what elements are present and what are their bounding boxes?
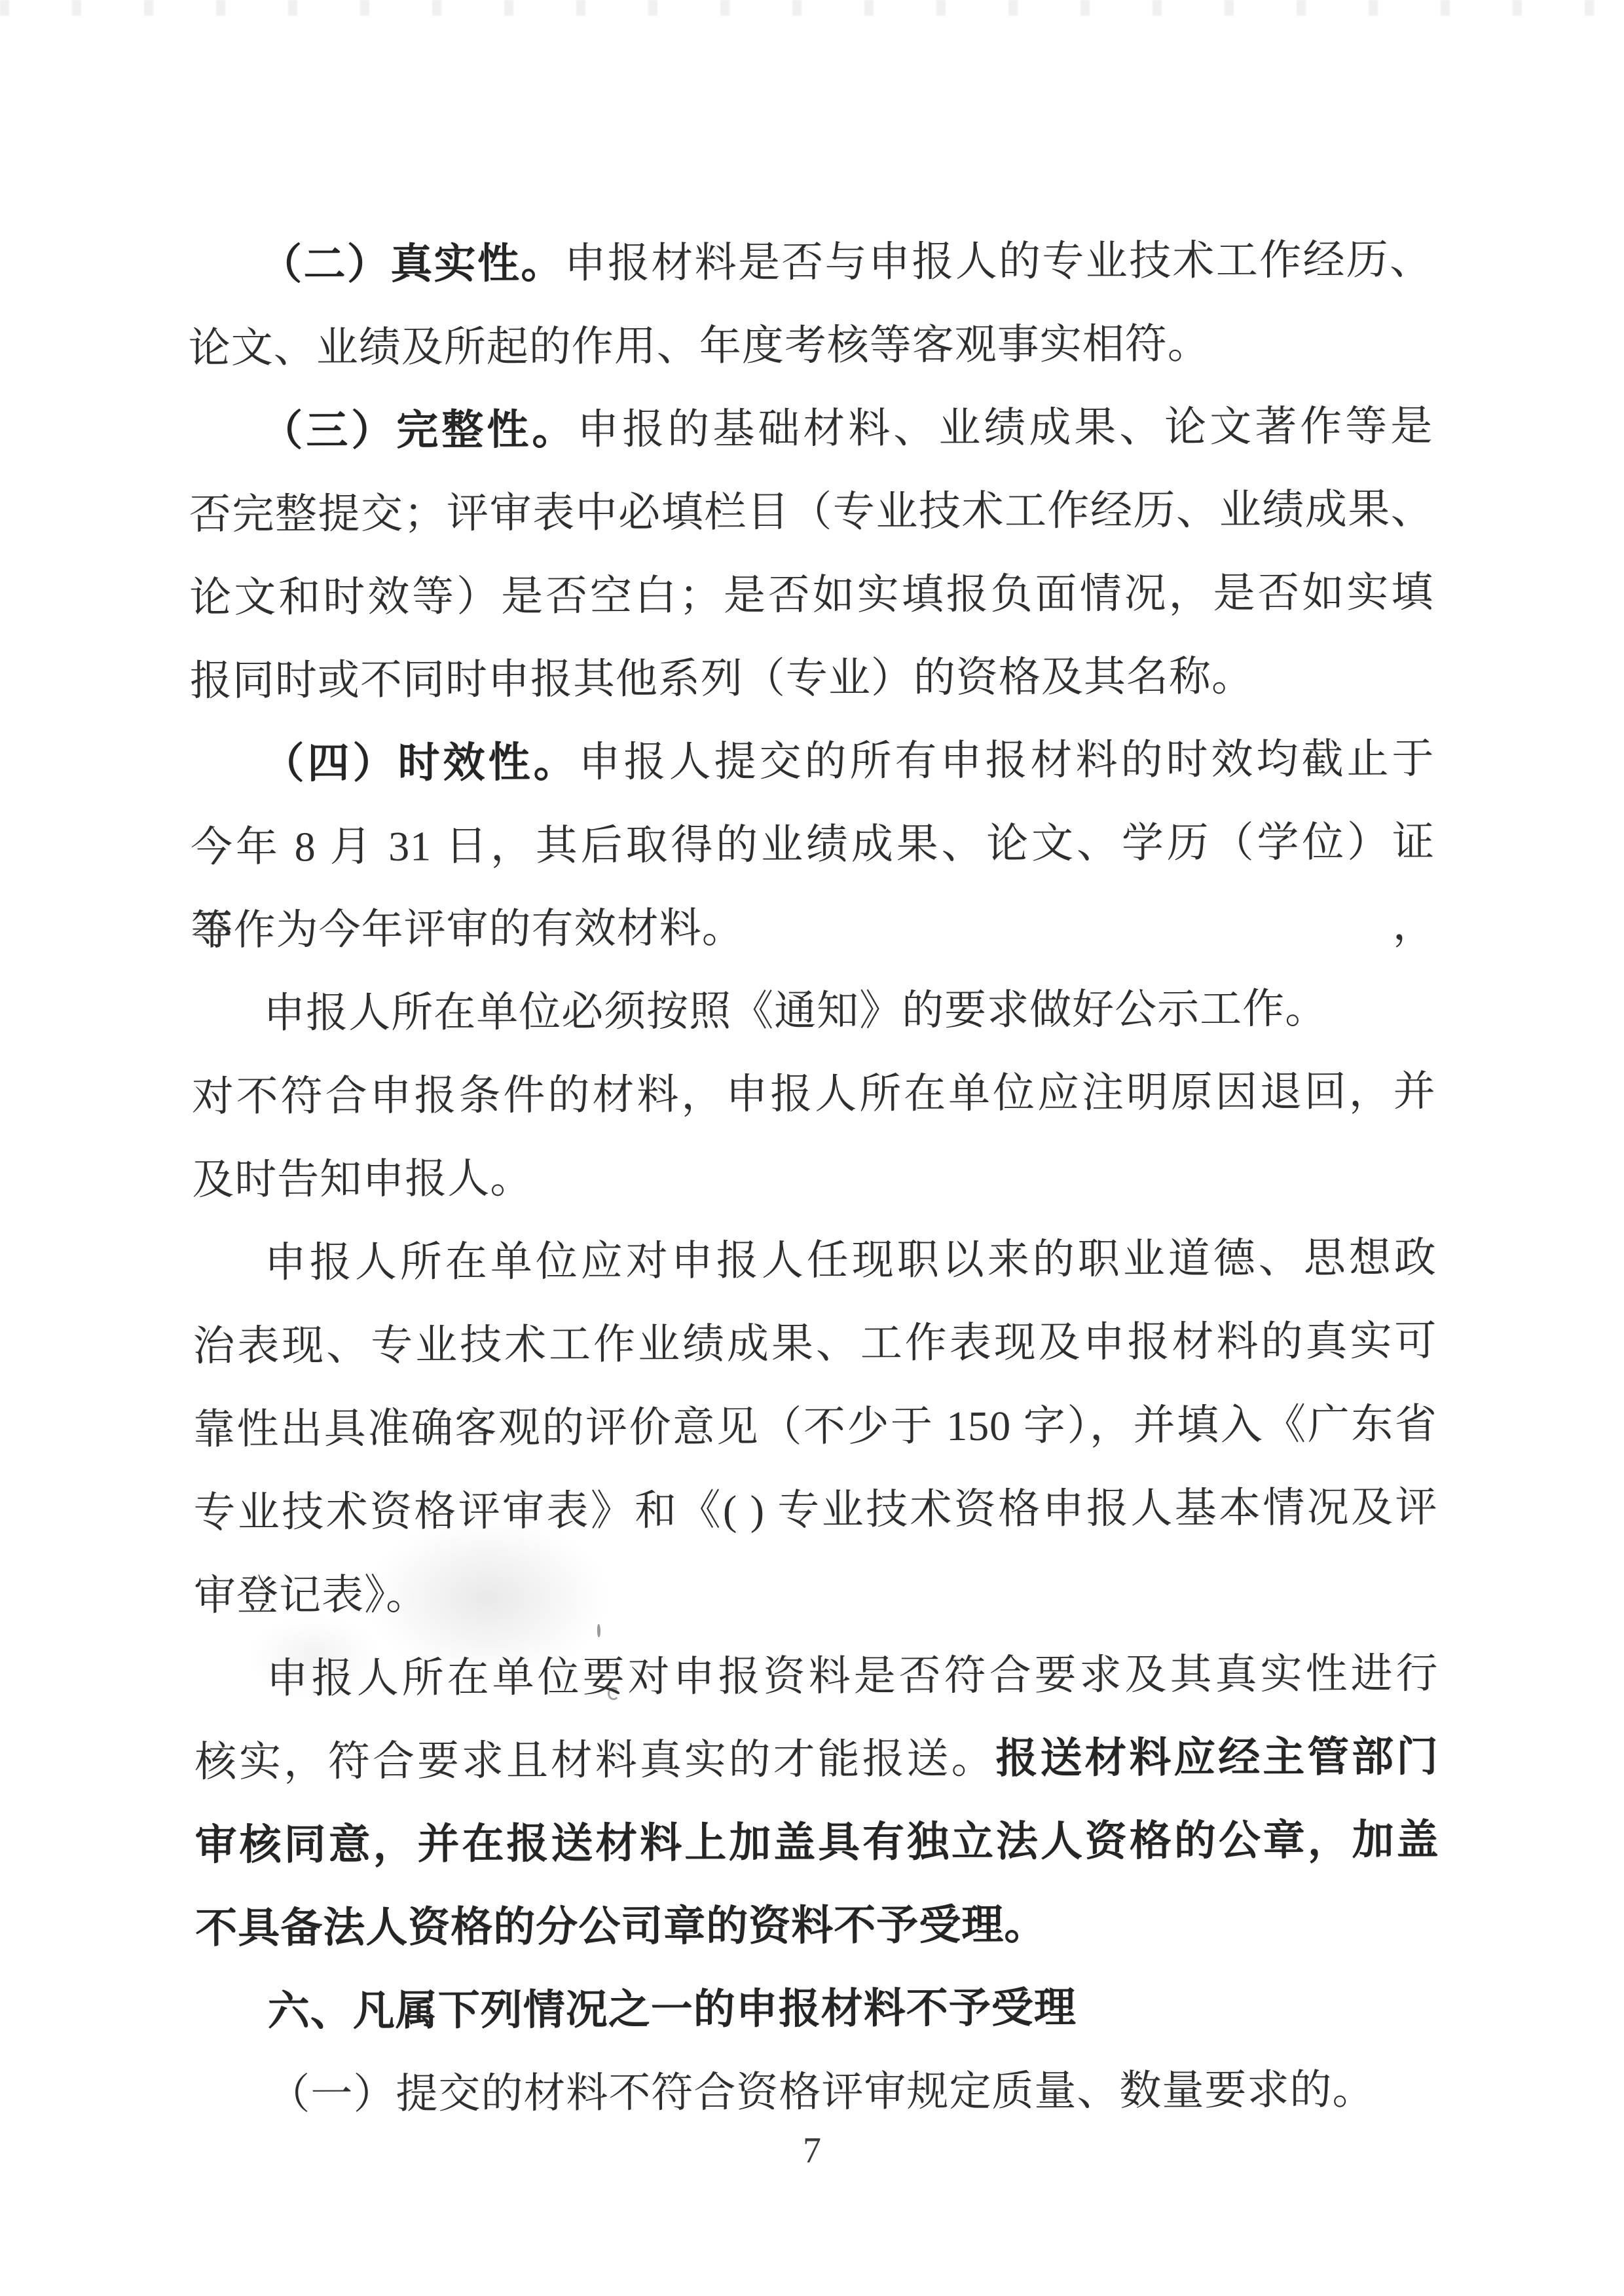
- text-line: （一）提交的材料不符合资格评审规定质量、数量要求的。: [196, 2048, 1441, 2136]
- text-line: 申报人所在单位必须按照《通知》的要求做好公示工作。: [191, 967, 1436, 1055]
- page-number: 7: [0, 2124, 1624, 2177]
- text-segment: 靠性出具准确客观的评价意见（不少于 150 字），并填入《广东省: [193, 1401, 1437, 1453]
- text-line: 论文和时效等）是否空白；是否如实填报负面情况，是否如实填: [189, 551, 1434, 639]
- bold-text-segment: 报送材料应经主管部门: [995, 1733, 1439, 1782]
- text-line: 否完整提交；评审表中必填栏目（专业技术工作经历、业绩成果、: [189, 468, 1434, 556]
- text-line: 专业技术资格评审表》和《( ) 专业技术资格申报人基本情况及评: [193, 1466, 1438, 1554]
- text-segment: 治表现、专业技术工作业绩成果、工作表现及申报材料的真实可: [193, 1318, 1437, 1369]
- text-line: 审登记表》。: [194, 1549, 1439, 1637]
- text-line: 申报人所在单位应对申报人任现职以来的职业道德、思想政: [193, 1216, 1437, 1305]
- text-segment: 论文、业绩及所起的作用、年度考核等客观事实相符。: [189, 320, 1210, 371]
- text-segment: 及时告知申报人。: [192, 1155, 532, 1203]
- bold-text-segment: （二）真实性。: [260, 240, 564, 288]
- bold-text-segment: （四）时效性。: [262, 739, 578, 787]
- text-segment: 报同时或不同时申报其他系列（专业）的资格及其名称。: [190, 653, 1254, 704]
- text-line: 不具备法人资格的分公司章的资料不予受理。: [195, 1881, 1440, 1970]
- scanned-document-page: （二）真实性。申报材料是否与申报人的专业技术工作经历、论文、业绩及所起的作用、年…: [0, 0, 1624, 2296]
- text-segment: 申报人提交的所有申报材料的时效均截止于: [578, 735, 1434, 786]
- bold-text-segment: 审核同意，并在报送材料上加盖具有独立法人资格的公章，加盖: [195, 1817, 1439, 1868]
- text-line: 治表现、专业技术工作业绩成果、工作表现及申报材料的真实可: [193, 1299, 1437, 1388]
- text-line: 对不符合申报条件的材料，申报人所在单位应注明原因退回，并: [191, 1050, 1436, 1138]
- text-segment: 申报材料是否与申报人的专业技术工作经历、: [564, 236, 1432, 287]
- text-line: （三）完整性。申报的基础材料、业绩成果、论文著作等是: [189, 384, 1433, 473]
- text-line: 核实，符合要求且材料真实的才能报送。报送材料应经主管部门: [194, 1715, 1439, 1804]
- text-line: 六、凡属下列情况之一的申报材料不予受理: [196, 1965, 1441, 2053]
- text-line: 及时告知申报人。: [192, 1133, 1437, 1221]
- text-segment: 不作为今年评审的有效材料。: [191, 904, 744, 954]
- text-line: 论文、业绩及所起的作用、年度考核等客观事实相符。: [188, 301, 1433, 390]
- text-segment: 申报人所在单位应对申报人任现职以来的职业道德、思想政: [265, 1234, 1437, 1286]
- scan-artifact-top-edge: [0, 0, 1624, 16]
- text-line: 靠性出具准确客观的评价意见（不少于 150 字），并填入《广东省: [193, 1382, 1438, 1471]
- bold-text-segment: （三）完整性。: [261, 407, 577, 454]
- text-segment: 申报人所在单位必须按照《通知》的要求做好公示工作。: [263, 986, 1327, 1037]
- text-segment: 专业技术资格评审表》和《( ) 专业技术资格申报人基本情况及评: [193, 1484, 1437, 1536]
- text-segment: 申报人所在单位要对申报资料是否符合要求及其真实性进行: [266, 1650, 1438, 1702]
- text-segment: 审登记表》。: [194, 1572, 428, 1620]
- text-segment: 否完整提交；评审表中必填栏目（专业技术工作经历、业绩成果、: [189, 486, 1433, 538]
- text-segment: 对不符合申报条件的材料，申报人所在单位应注明原因退回，并: [192, 1068, 1436, 1120]
- text-segment: 论文和时效等）是否空白；是否如实填报负面情况，是否如实填: [189, 569, 1433, 621]
- bold-text-segment: 六、凡属下列情况之一的申报材料不予受理: [268, 1984, 1077, 2034]
- text-segment: （一）提交的材料不符合资格评审规定质量、数量要求的。: [268, 2066, 1375, 2117]
- text-line: （四）时效性。申报人提交的所有申报材料的时效均截止于: [190, 717, 1435, 805]
- text-line: 今年 8 月 31 日，其后取得的业绩成果、论文、学历（学位）证等，: [191, 800, 1435, 889]
- text-segment: 申报的基础材料、业绩成果、论文著作等是: [577, 403, 1433, 453]
- bold-text-segment: 不具备法人资格的分公司章的资料不予受理。: [195, 1901, 1046, 1952]
- document-body: （二）真实性。申报材料是否与申报人的专业技术工作经历、论文、业绩及所起的作用、年…: [188, 218, 1441, 2136]
- text-line: 报同时或不同时申报其他系列（专业）的资格及其名称。: [190, 634, 1435, 722]
- text-line: （二）真实性。申报材料是否与申报人的专业技术工作经历、: [188, 218, 1433, 306]
- text-segment: 核实，符合要求且材料真实的才能报送。: [194, 1735, 996, 1785]
- text-line: 申报人所在单位要对申报资料是否符合要求及其真实性进行: [194, 1632, 1439, 1720]
- text-line: 审核同意，并在报送材料上加盖具有独立法人资格的公章，加盖: [194, 1798, 1439, 1887]
